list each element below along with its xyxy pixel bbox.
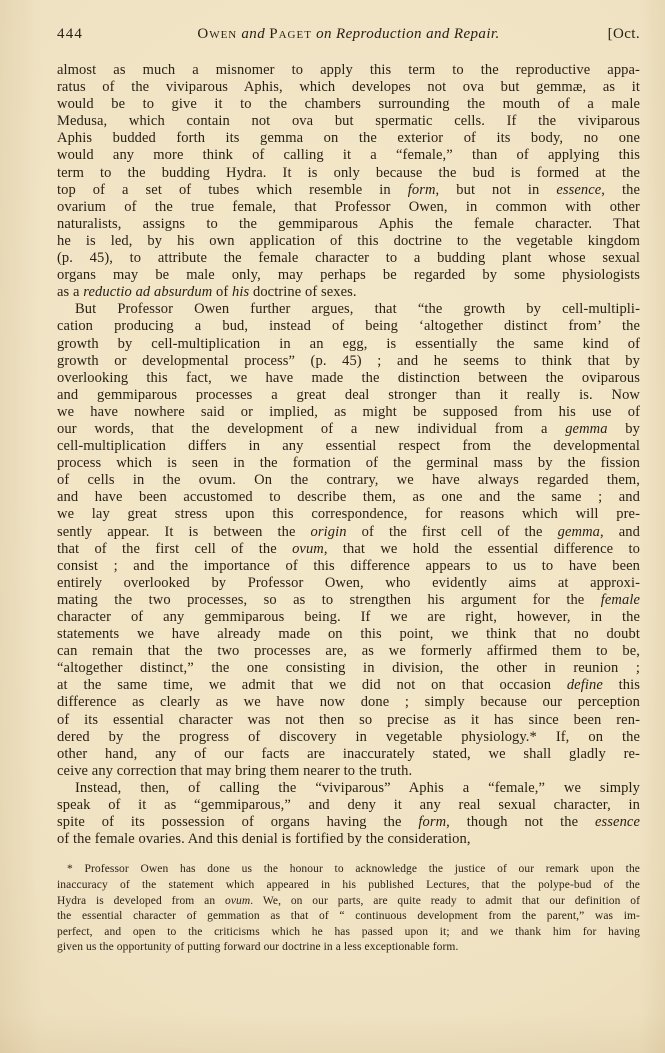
text-segment: essence [595, 814, 640, 830]
text-segment: perfect, and open to the criticisms whic… [57, 926, 640, 938]
footnote: * Professor Owen has done us the honour … [57, 862, 640, 956]
text-segment: we have nowhere said or implied, as migh… [57, 404, 640, 420]
text-line: growth by cell-multiplication in an egg,… [57, 336, 640, 353]
text-segment: entirely overlooked by Professor Owen, w… [57, 575, 640, 591]
text-segment: define [567, 677, 603, 693]
text-segment: other hand, any of our facts are inaccur… [57, 746, 640, 762]
text-segment: and [237, 26, 269, 42]
text-segment: process which is seen in the formation o… [57, 455, 640, 471]
text-segment: given us the opportunity of putting forw… [57, 941, 458, 953]
text-line: top of a set of tubes which resemble in … [57, 182, 640, 199]
text-segment: of the female ovaries. And this denial i… [57, 831, 471, 847]
text-segment: (p. 45), to attribute the female charact… [57, 250, 640, 266]
text-line: we lay great stress upon this correspond… [57, 506, 640, 523]
text-segment: ratus of the viviparous Aphis, which dev… [57, 79, 640, 95]
text-segment: spite of its possession of organs having… [57, 814, 418, 830]
footnote-line: given us the opportunity of putting forw… [57, 940, 640, 956]
text-line: at the same time, we admit that we did n… [57, 677, 640, 694]
text-line: growth or developmental process” (p. 45)… [57, 353, 640, 370]
text-segment: and gemmiparous processes a great deal s… [57, 387, 640, 403]
text-segment: , the [601, 182, 640, 198]
text-line: But Professor Owen further argues, that … [57, 301, 640, 318]
text-line: ratus of the viviparous Aphis, which dev… [57, 79, 640, 96]
text-line: sently appear. It is between the origin … [57, 524, 640, 541]
text-line: almost as much a misnomer to apply this … [57, 62, 640, 79]
text-segment: “altogether distinct,” the one consistin… [57, 660, 640, 676]
text-segment: of [212, 284, 232, 300]
text-line: other hand, any of our facts are inaccur… [57, 746, 640, 763]
text-segment: mating the two processes, so as to stren… [57, 592, 601, 608]
text-segment: difference as clearly as we have now don… [57, 694, 640, 710]
text-segment: growth or developmental process” (p. 45)… [57, 353, 640, 369]
running-title: Owen and Paget on Reproduction and Repai… [129, 26, 568, 43]
text-line: Instead, then, of calling the “viviparou… [57, 780, 640, 797]
text-line: process which is seen in the formation o… [57, 455, 640, 472]
text-segment: almost as much a misnomer to apply this … [57, 62, 640, 78]
text-segment: by [608, 421, 640, 437]
text-segment: * Professor Owen has done us the honour … [67, 863, 640, 875]
text-segment: consist ; and the importance of this dif… [57, 558, 640, 574]
footnote-line: perfect, and open to the criticisms whic… [57, 925, 640, 941]
text-segment: of its essential character was not then … [57, 712, 640, 728]
text-segment: as a [57, 284, 83, 300]
text-line: difference as clearly as we have now don… [57, 694, 640, 711]
text-line: can remain that the two processes are, a… [57, 643, 640, 660]
book-page: 444 Owen and Paget on Reproduction and R… [0, 0, 665, 1053]
text-line: cation producing a bud, instead of being… [57, 318, 640, 335]
text-segment: growth by cell-multiplication in an egg,… [57, 336, 640, 352]
text-line: spite of its possession of organs having… [57, 814, 640, 831]
text-segment: gemma [565, 421, 607, 437]
text-segment: dered by the progress of discovery in ve… [57, 729, 640, 745]
text-segment: , though not the [446, 814, 595, 830]
text-segment: cation producing a bud, instead of being… [57, 318, 640, 334]
text-segment: , but not in [436, 182, 557, 198]
text-line: he is led, by his own application of thi… [57, 233, 640, 250]
text-line: ovarium of the true female, that Profess… [57, 199, 640, 216]
text-segment: Paget [269, 26, 312, 42]
text-segment: can remain that the two processes are, a… [57, 643, 640, 659]
text-segment: the essential character of gemmation as … [57, 910, 640, 922]
text-segment: would be to give it to the chambers surr… [57, 96, 640, 112]
text-segment: form [418, 814, 446, 830]
text-segment: origin [311, 524, 347, 540]
text-line: speak of it as “gemmiparous,” and deny i… [57, 797, 640, 814]
text-segment: doctrine of sexes. [249, 284, 356, 300]
text-segment: gemma [558, 524, 600, 540]
text-segment: ceive any correction that may bring them… [57, 763, 412, 779]
text-line: cell-multiplication differs in any essen… [57, 438, 640, 455]
text-line: dered by the progress of discovery in ve… [57, 729, 640, 746]
text-segment: organs may be male only, may perhaps be … [57, 267, 640, 283]
text-segment: of the first cell of the [347, 524, 558, 540]
paragraph: Instead, then, of calling the “viviparou… [57, 780, 640, 848]
text-segment: inaccuracy of the statement which appear… [57, 879, 640, 891]
text-segment: character of any gemmiparous being. If w… [57, 609, 640, 625]
text-segment: cell-multiplication differs in any essen… [57, 438, 640, 454]
text-segment: top of a set of tubes which resemble in [57, 182, 408, 198]
page-content: 444 Owen and Paget on Reproduction and R… [57, 26, 640, 956]
text-line: as a reductio ad absurdum of his doctrin… [57, 284, 640, 301]
text-segment: ovum [292, 541, 324, 557]
text-segment: this [603, 677, 640, 693]
text-line: organs may be male only, may perhaps be … [57, 267, 640, 284]
text-line: would be to give it to the chambers surr… [57, 96, 640, 113]
footnote-line: the essential character of gemmation as … [57, 909, 640, 925]
text-segment: , that we hold the essential difference … [324, 541, 640, 557]
text-segment: he is led, by his own application of thi… [57, 233, 640, 249]
footnote-line: inaccuracy of the statement which appear… [57, 878, 640, 894]
text-segment: overlooking this fact, we have made the … [57, 370, 640, 386]
paragraph: But Professor Owen further argues, that … [57, 301, 640, 780]
text-segment: form [408, 182, 436, 198]
text-segment: essence [556, 182, 601, 198]
text-segment: of cells in the ovum. On the contrary, w… [57, 472, 640, 488]
text-line: of the female ovaries. And this denial i… [57, 831, 640, 848]
text-line: of its essential character was not then … [57, 712, 640, 729]
text-line: our words, that the development of a new… [57, 421, 640, 438]
text-line: consist ; and the importance of this dif… [57, 558, 640, 575]
text-line: statements we have already made on this … [57, 626, 640, 643]
text-segment: ovum [225, 895, 250, 907]
text-segment: Aphis budded forth its gemma on the exte… [57, 130, 640, 146]
text-line: (p. 45), to attribute the female charact… [57, 250, 640, 267]
text-line: that of the first cell of the ovum, that… [57, 541, 640, 558]
text-line: term to the budding Hydra. It is only be… [57, 165, 640, 182]
body-text: almost as much a misnomer to apply this … [57, 62, 640, 848]
text-segment: naturalists, assigns to the gemmiparous … [57, 216, 640, 232]
text-segment: on Reproduction and Repair. [312, 26, 500, 42]
text-segment: sently appear. It is between the [57, 524, 311, 540]
text-segment: . We, on our parts, are quite ready to a… [250, 895, 640, 907]
text-segment: his [232, 284, 249, 300]
text-segment: term to the budding Hydra. It is only be… [57, 165, 640, 181]
text-line: and gemmiparous processes a great deal s… [57, 387, 640, 404]
text-segment: would any more think of calling it a “fe… [57, 147, 640, 163]
text-line: naturalists, assigns to the gemmiparous … [57, 216, 640, 233]
text-line: mating the two processes, so as to stren… [57, 592, 640, 609]
text-line: Medusa, which contain not ova but sperma… [57, 113, 640, 130]
text-segment: Instead, then, of calling the “viviparou… [75, 780, 640, 796]
text-segment: we lay great stress upon this correspond… [57, 506, 640, 522]
text-segment: Owen [197, 26, 237, 42]
text-segment: But Professor Owen further argues, that … [75, 301, 640, 317]
page-header: 444 Owen and Paget on Reproduction and R… [57, 26, 640, 43]
text-segment: at the same time, we admit that we did n… [57, 677, 567, 693]
text-segment: speak of it as “gemmiparous,” and deny i… [57, 797, 640, 813]
text-line: “altogether distinct,” the one consistin… [57, 660, 640, 677]
text-line: would any more think of calling it a “fe… [57, 147, 640, 164]
text-segment: , and [600, 524, 640, 540]
text-line: overlooking this fact, we have made the … [57, 370, 640, 387]
text-segment: female [601, 592, 640, 608]
text-line: character of any gemmiparous being. If w… [57, 609, 640, 626]
footnote-line: * Professor Owen has done us the honour … [57, 862, 640, 878]
paragraph: almost as much a misnomer to apply this … [57, 62, 640, 301]
text-segment: our words, that the development of a new… [57, 421, 565, 437]
text-line: entirely overlooked by Professor Owen, w… [57, 575, 640, 592]
text-segment: statements we have already made on this … [57, 626, 640, 642]
text-line: and have been accustomed to describe the… [57, 489, 640, 506]
text-segment: ovarium of the true female, that Profess… [57, 199, 640, 215]
page-number: 444 [57, 26, 129, 43]
text-line: ceive any correction that may bring them… [57, 763, 640, 780]
issue-label: [Oct. [568, 26, 640, 43]
text-segment: and have been accustomed to describe the… [57, 489, 640, 505]
text-segment: reductio ad absurdum [83, 284, 212, 300]
text-line: Aphis budded forth its gemma on the exte… [57, 130, 640, 147]
footnote-line: Hydra is developed from an ovum. We, on … [57, 894, 640, 910]
text-segment: that of the first cell of the [57, 541, 292, 557]
text-line: of cells in the ovum. On the contrary, w… [57, 472, 640, 489]
text-line: we have nowhere said or implied, as migh… [57, 404, 640, 421]
text-segment: Medusa, which contain not ova but sperma… [57, 113, 640, 129]
text-segment: Hydra is developed from an [57, 895, 225, 907]
